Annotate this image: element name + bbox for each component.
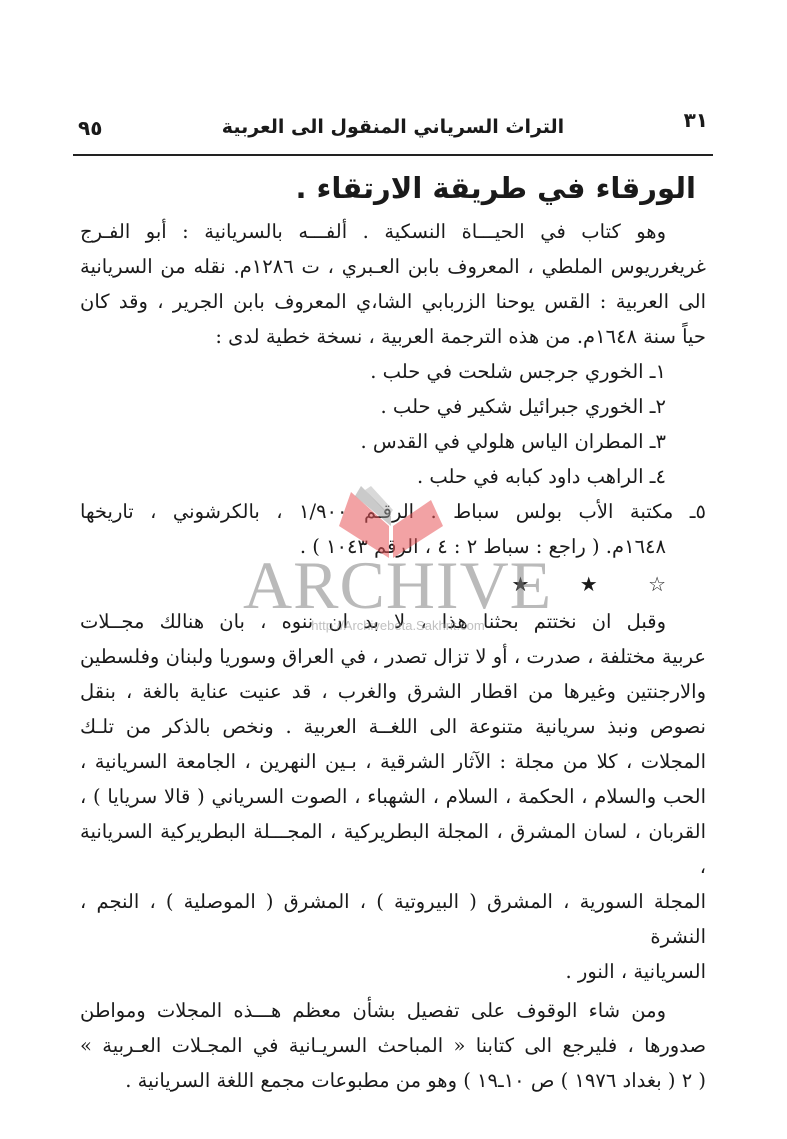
text-line: غريغرريوس الملطي ، المعروف بابن العـبري … xyxy=(80,249,706,284)
list-item: ٤ـ الراهب داود كبابه في حلب . xyxy=(80,459,706,494)
star-outline-icon: ☆ xyxy=(648,564,666,604)
text-line: وقبل ان نختتم بحثنا هذا ، لا بد ان ننوه … xyxy=(80,604,706,639)
text-line: السريانية ، النور . xyxy=(80,954,706,989)
text-line: عربية مختلفة ، صدرت ، أو لا تزال تصدر ، … xyxy=(80,639,706,674)
running-title: التراث السرياني المنقول الى العربية xyxy=(78,116,708,138)
page-body: الورقاء في طريقة الارتقاء . وهو كتاب في … xyxy=(80,162,706,1098)
text-line: المجلة السورية ، المشرق ( البيروتية ) ، … xyxy=(80,884,706,954)
running-header: ٣١ التراث السرياني المنقول الى العربية ٩… xyxy=(78,108,708,142)
list-item-text: ٣ـ المطران الياس هلولي في القدس . xyxy=(360,430,666,453)
list-item-text: ١ـ الخوري جرجس شلحت في حلب . xyxy=(370,360,666,383)
text-line: القربان ، لسان المشرق ، المجلة البطريركي… xyxy=(80,814,706,884)
text-line: حياً سنة ١٦٤٨م. من هذه الترجمة العربية ،… xyxy=(80,319,706,354)
list-item: ٥ـ مكتبة الأب بولس سباط . الرقـم ١/٩٠٠ ،… xyxy=(80,494,706,564)
document-page: ٣١ التراث السرياني المنقول الى العربية ٩… xyxy=(0,0,787,1139)
text-line: نصوص ونبذ سريانية متنوعة الى اللغــة الع… xyxy=(80,709,706,744)
text-line: وهو كتاب في الحيـــاة النسكية . ألفـــه … xyxy=(80,214,706,249)
list-item-text: ٥ـ مكتبة الأب بولس سباط . الرقـم ١/٩٠٠ ،… xyxy=(80,494,706,529)
list-item: ٢ـ الخوري جبرائيل شكير في حلب . xyxy=(80,389,706,424)
section-separator: ★ ★ ☆ xyxy=(62,564,688,604)
star-icon: ★ xyxy=(511,564,529,604)
reference-paragraph: ومن شاء الوقوف على تفصيل بشأن معظم هـــذ… xyxy=(80,993,706,1098)
manuscripts-list: ١ـ الخوري جرجس شلحت في حلب . ٢ـ الخوري ج… xyxy=(80,354,706,564)
star-icon: ★ xyxy=(580,564,598,604)
journals-paragraph: وقبل ان نختتم بحثنا هذا ، لا بد ان ننوه … xyxy=(80,604,706,989)
text-line: صدورها ، فليرجع الى كتابنا « المباحث الس… xyxy=(80,1028,706,1063)
text-line: الحب والسلام ، الحكمة ، السلام ، الشهباء… xyxy=(80,779,706,814)
text-line: ( ٢ ( بغداد ١٩٧٦ ) ص ١٠ـ١٩ ) وهو من مطبو… xyxy=(80,1063,706,1098)
header-divider xyxy=(73,154,713,156)
list-item-continuation: ١٦٤٨م. ( راجع : سباط ٢ : ٤ ، الرقم ١٠٤٣ … xyxy=(80,529,706,564)
intro-paragraph: وهو كتاب في الحيـــاة النسكية . ألفـــه … xyxy=(80,214,706,354)
text-line: الى العربية : القس يوحنا الزربابي الشا،ي… xyxy=(80,284,706,319)
list-item: ١ـ الخوري جرجس شلحت في حلب . xyxy=(80,354,706,389)
list-item: ٣ـ المطران الياس هلولي في القدس . xyxy=(80,424,706,459)
section-title: الورقاء في طريقة الارتقاء . xyxy=(80,162,696,214)
text-line: ومن شاء الوقوف على تفصيل بشأن معظم هـــذ… xyxy=(80,993,706,1028)
text-line: المجلات ، كلا من مجلة : الآثار الشرقية ،… xyxy=(80,744,706,779)
page-number-left: ٩٥ xyxy=(78,116,102,140)
list-item-text: ٤ـ الراهب داود كبابه في حلب . xyxy=(417,465,666,488)
list-item-text: ٢ـ الخوري جبرائيل شكير في حلب . xyxy=(381,395,666,418)
text-line: والارجنتين وغيرها من اقطار الشرق والغرب … xyxy=(80,674,706,709)
